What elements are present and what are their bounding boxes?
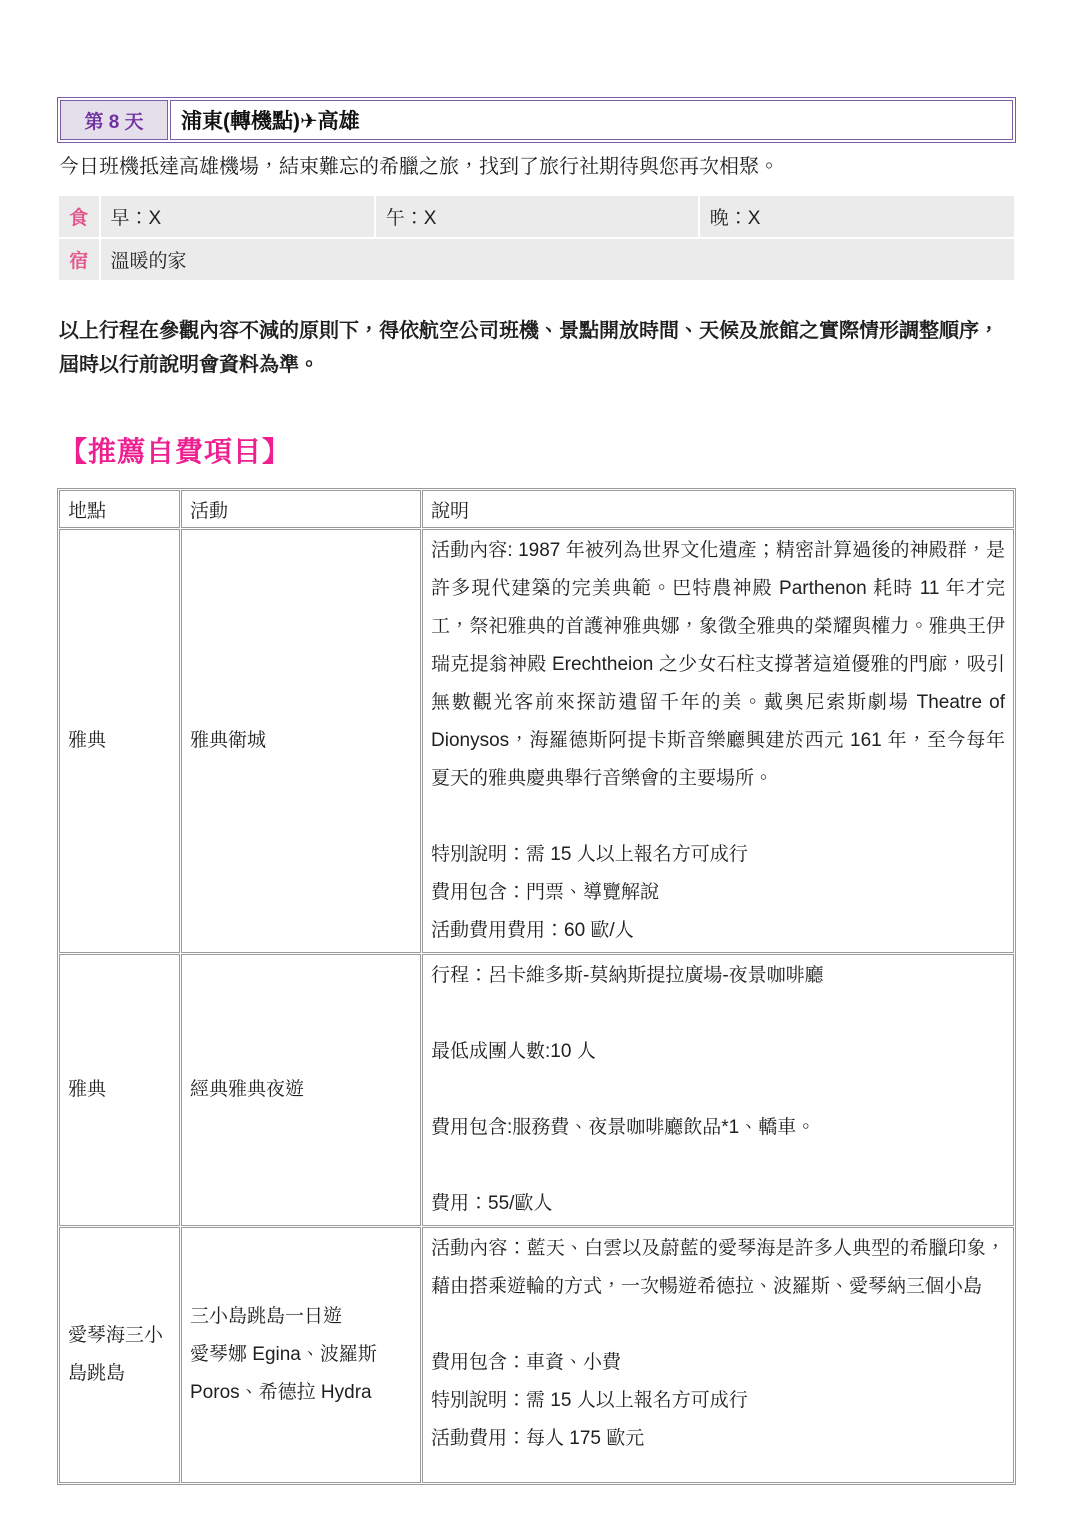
column-header-description: 說明: [422, 490, 1014, 528]
column-header-location: 地點: [59, 490, 180, 528]
tour-location-cell: 雅典: [59, 954, 180, 1226]
lodging-label: 宿: [59, 239, 99, 280]
itinerary-notice-text: 以上行程在參觀內容不減的原則下，得依航空公司班機、景點開放時間、天候及旅館之實際…: [59, 314, 1014, 382]
tour-location-cell: 雅典: [59, 529, 180, 953]
optional-tours-table: 地點 活動 說明 雅典 雅典衛城 活動內容: 1987 年被列為世界文化遺產；精…: [57, 488, 1016, 1485]
lunch-cell: 午：X: [376, 196, 698, 237]
optional-tours-heading: 【推薦自費項目】: [59, 430, 1016, 470]
tour-activity-cell: 經典雅典夜遊: [181, 954, 421, 1226]
tour-description-cell: 行程：呂卡維多斯-莫納斯提拉廣場-夜景咖啡廳 最低成團人數:10 人 費用包含:…: [422, 954, 1014, 1226]
meals-row: 食 早：X 午：X 晚：X: [59, 196, 1014, 237]
tour-description-cell: 活動內容：藍天、白雲以及蔚藍的愛琴海是許多人典型的希臘印象，藉由搭乘遊輪的方式，…: [422, 1227, 1014, 1483]
lodging-value: 溫暖的家: [101, 239, 1014, 280]
breakfast-cell: 早：X: [101, 196, 374, 237]
tour-activity-cell: 雅典衛城: [181, 529, 421, 953]
meals-lodging-table: 食 早：X 午：X 晚：X 宿 溫暖的家: [57, 194, 1016, 282]
tour-row: 雅典 雅典衛城 活動內容: 1987 年被列為世界文化遺產；精密計算過後的神殿群…: [59, 529, 1014, 953]
day-header-row: 第 8 天 浦東(轉機點)✈高雄: [60, 100, 1013, 140]
day-route-title: 浦東(轉機點)✈高雄: [170, 100, 1013, 140]
tours-header-row: 地點 活動 說明: [59, 490, 1014, 528]
column-header-activity: 活動: [181, 490, 421, 528]
day-header-table: 第 8 天 浦東(轉機點)✈高雄: [57, 97, 1016, 143]
tour-location-cell: 愛琴海三小島跳島: [59, 1227, 180, 1483]
day-number-label: 第 8 天: [60, 100, 168, 140]
dinner-cell: 晚：X: [700, 196, 1014, 237]
lodging-row: 宿 溫暖的家: [59, 239, 1014, 280]
tour-description-cell: 活動內容: 1987 年被列為世界文化遺產；精密計算過後的神殿群，是許多現代建築…: [422, 529, 1014, 953]
tour-row: 愛琴海三小島跳島 三小島跳島一日遊 愛琴娜 Egina、波羅斯 Poros、希德…: [59, 1227, 1014, 1483]
itinerary-page: 第 8 天 浦東(轉機點)✈高雄 今日班機抵達高雄機場，結束難忘的希臘之旅，找到…: [0, 0, 1076, 1485]
meals-label: 食: [59, 196, 99, 237]
day-summary-text: 今日班機抵達高雄機場，結束難忘的希臘之旅，找到了旅行社期待與您再次相聚。: [59, 153, 1014, 181]
tour-activity-cell: 三小島跳島一日遊 愛琴娜 Egina、波羅斯 Poros、希德拉 Hydra: [181, 1227, 421, 1483]
tour-row: 雅典 經典雅典夜遊 行程：呂卡維多斯-莫納斯提拉廣場-夜景咖啡廳 最低成團人數:…: [59, 954, 1014, 1226]
